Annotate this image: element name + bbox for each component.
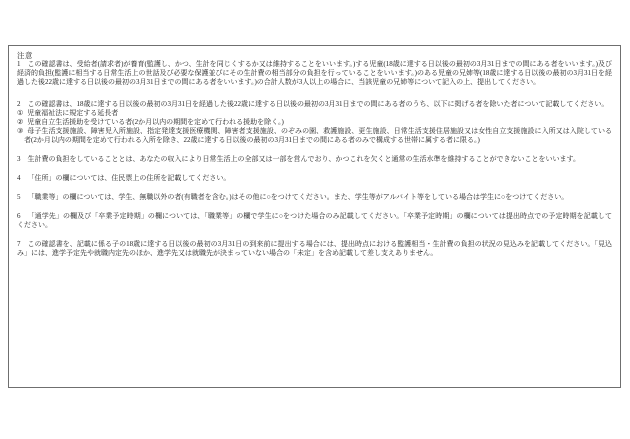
notice-item-2: 2この確認書は、18歳に達する日以後の最初の3月31日を経過した後22歳に達する… [17,100,612,145]
notice-item-4-paragraph: 4「住所」の欄については、住民票上の住所を記載してください。 [17,174,612,183]
notice-item-7-paragraph: 7この確認書を、記載に係る子の18歳に達する日以後の最初の3月31日の到来前に提… [17,240,612,258]
subitem-number: ③ [17,127,23,135]
item-text: 「通学先」の欄及び「卒業予定時期」の欄については、「職業等」の欄で学生に○をつけ… [17,212,612,229]
notice-item-2-subitem-1: ①児童福祉法に規定する延長者 [17,109,612,118]
notice-item-1: 1この確認書は、受給者(請求者)が養育(監護し、かつ、生計を同じくするか又は維持… [17,60,612,87]
notice-item-1-paragraph: 1この確認書は、受給者(請求者)が養育(監護し、かつ、生計を同じくするか又は維持… [17,60,612,87]
subitem-text: 児童福祉法に規定する延長者 [27,109,118,117]
item-number: 6 [17,212,21,220]
subitem-text: 児童自立生活援助を受けている者(2か月以内の期間を定めて行われる援助を除く。) [27,118,284,126]
notice-box: 注意 1この確認書は、受給者(請求者)が養育(監護し、かつ、生計を同じくするか又… [8,45,621,388]
notice-item-3-paragraph: 3生計費の負担をしていることとは、あなたの収入により日常生活上の全部又は一部を営… [17,155,612,164]
item-text: この確認書を、記載に係る子の18歳に達する日以後の最初の3月31日の到来前に提出… [17,240,612,257]
item-number: 1 [17,60,21,68]
subitem-number: ① [17,109,23,117]
notice-item-4: 4「住所」の欄については、住民票上の住所を記載してください。 [17,174,612,183]
item-text: この確認書は、受給者(請求者)が養育(監護し、かつ、生計を同じくするか又は維持す… [17,60,612,86]
notice-item-5: 5「職業等」の欄については、学生、無職以外の者(有職者を含む。)はその他に○をつ… [17,193,612,202]
notice-item-2-subitem-3: ③母子生活支援施設、障害児入所施設、指定発達支援医療機関、障害者支援施設、のぞみ… [17,127,612,145]
subitem-number: ② [17,118,23,126]
item-number: 2 [17,100,21,108]
item-number: 3 [17,155,21,163]
item-text: 「職業等」の欄については、学生、無職以外の者(有職者を含む。)はその他に○をつけ… [28,193,569,201]
document-page: 注意 1この確認書は、受給者(請求者)が養育(監護し、かつ、生計を同じくするか又… [0,0,630,439]
item-number: 7 [17,240,21,248]
item-text: この確認書は、18歳に達する日以後の最初の3月31日を経過した後22歳に達する日… [28,100,609,108]
notice-item-2-subitem-2: ②児童自立生活援助を受けている者(2か月以内の期間を定めて行われる援助を除く。) [17,118,612,127]
notice-item-7: 7この確認書を、記載に係る子の18歳に達する日以後の最初の3月31日の到来前に提… [17,240,612,258]
item-number: 4 [17,174,21,182]
item-number: 5 [17,193,21,201]
notice-item-2-paragraph: 2この確認書は、18歳に達する日以後の最初の3月31日を経過した後22歳に達する… [17,100,612,109]
notice-item-6: 6「通学先」の欄及び「卒業予定時期」の欄については、「職業等」の欄で学生に○をつ… [17,212,612,230]
subitem-text: 母子生活支援施設、障害児入所施設、指定発達支援医療機関、障害者支援施設、のぞみの… [24,127,612,144]
notice-title: 注意 [17,51,612,60]
item-text: 「住所」の欄については、住民票上の住所を記載してください。 [28,174,231,182]
notice-item-3: 3生計費の負担をしていることとは、あなたの収入により日常生活上の全部又は一部を営… [17,155,612,164]
notice-item-5-paragraph: 5「職業等」の欄については、学生、無職以外の者(有職者を含む。)はその他に○をつ… [17,193,612,202]
item-text: 生計費の負担をしていることとは、あなたの収入により日常生活上の全部又は一部を営ん… [28,155,580,163]
notice-item-6-paragraph: 6「通学先」の欄及び「卒業予定時期」の欄については、「職業等」の欄で学生に○をつ… [17,212,612,230]
